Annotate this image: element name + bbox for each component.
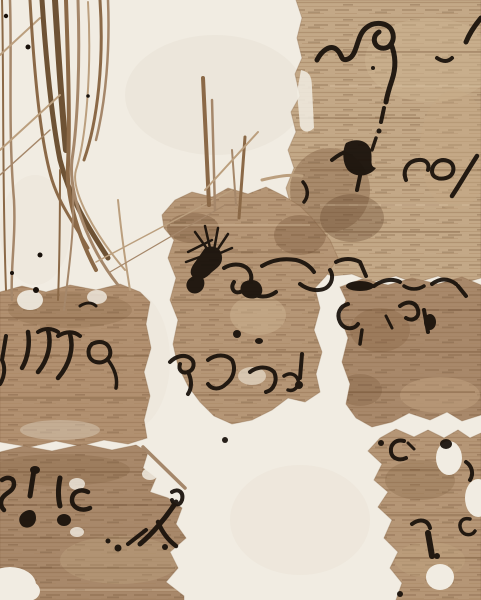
papyrus-scene (0, 0, 481, 600)
papyrus-photo: Papyrus fragment with cursive ink writin… (0, 0, 481, 600)
fragment-right-middle (335, 270, 481, 430)
